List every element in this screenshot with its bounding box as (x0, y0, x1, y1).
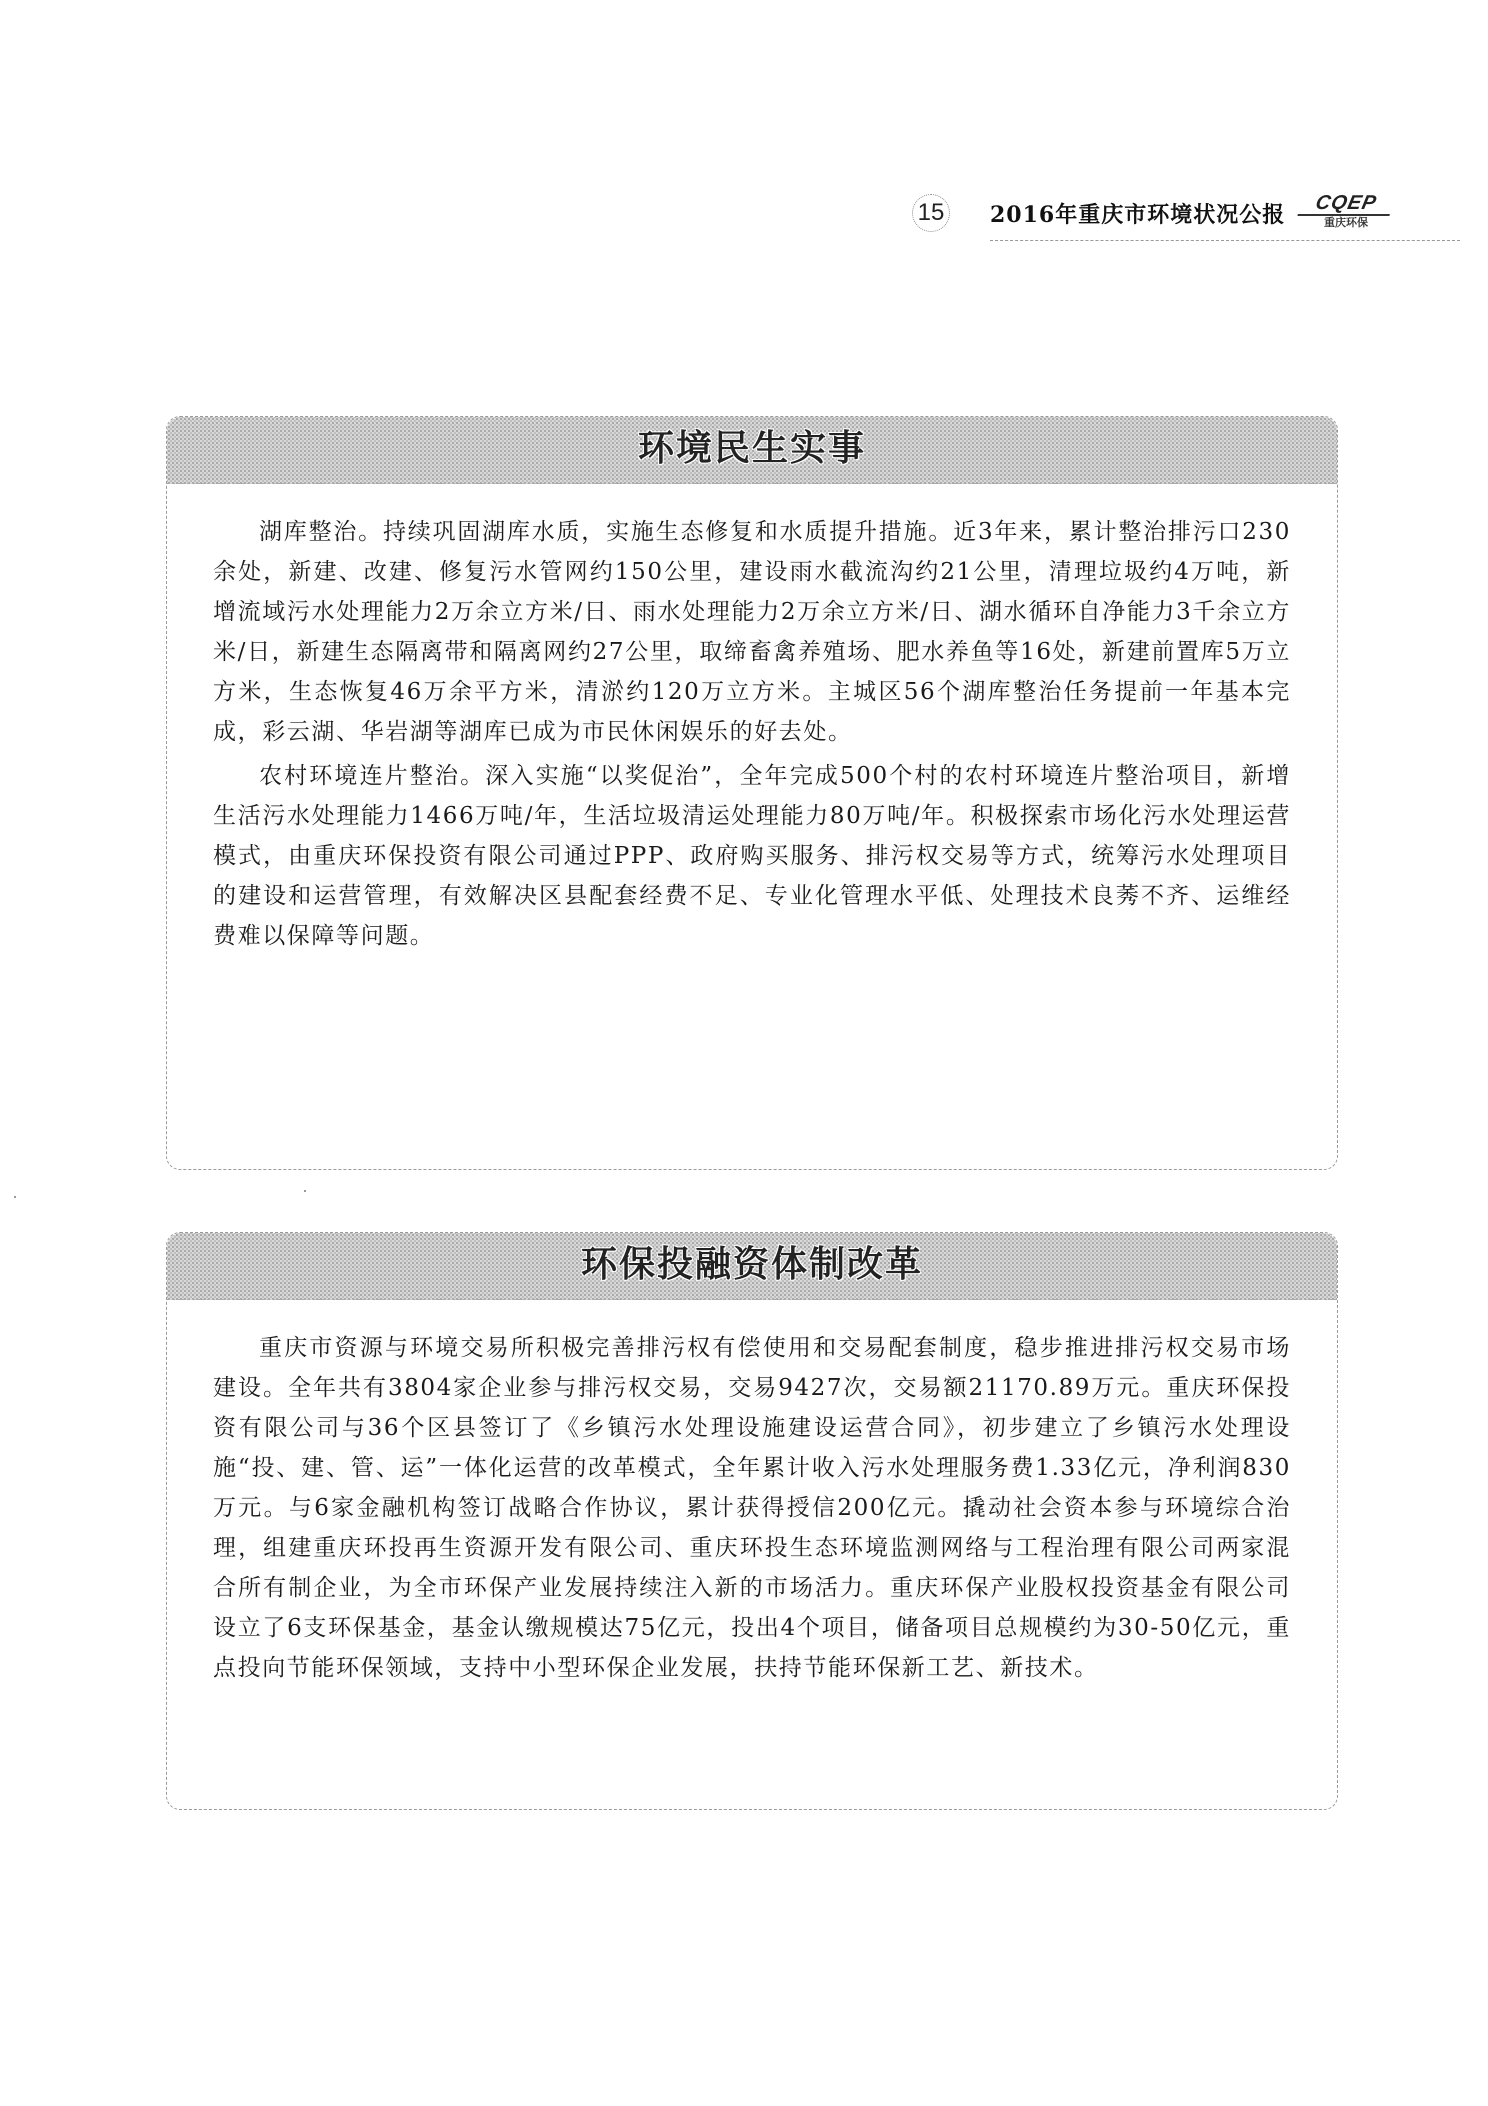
scan-speck (14, 1196, 16, 1198)
section-title: 环境民生实事 (638, 427, 866, 471)
section-banner: 环境民生实事 (167, 417, 1337, 484)
section-body: 湖库整治。持续巩固湖库水质，实施生态修复和水质提升措施。近3年来，累计整治排污口… (167, 484, 1337, 956)
logo-mark-icon: CQEP (1297, 192, 1394, 216)
paragraph-rural-environment: 农村环境连片整治。深入实施“以奖促治”，全年完成500个村的农村环境连片整治项目… (213, 756, 1291, 956)
scan-speck (304, 1190, 306, 1192)
cqep-logo: CQEP 重庆环保 (1300, 192, 1392, 234)
running-header: 15 2016年重庆市环境状况公报 CQEP 重庆环保 (900, 192, 1460, 252)
section-body: 重庆市资源与环境交易所积极完善排污权有偿使用和交易配套制度，稳步推进排污权交易市… (167, 1300, 1337, 1688)
section-livelihood-projects: 环境民生实事 湖库整治。持续巩固湖库水质，实施生态修复和水质提升措施。近3年来，… (166, 416, 1338, 1170)
section-title: 环保投融资体制改革 (581, 1243, 923, 1287)
header-divider (990, 240, 1460, 241)
report-title: 2016年重庆市环境状况公报 (990, 198, 1285, 229)
page-number: 15 (912, 194, 950, 232)
paragraph-emissions-trading: 重庆市资源与环境交易所积极完善排污权有偿使用和交易配套制度，稳步推进排污权交易市… (213, 1328, 1291, 1688)
paragraph-lake-remediation: 湖库整治。持续巩固湖库水质，实施生态修复和水质提升措施。近3年来，累计整治排污口… (213, 512, 1291, 752)
section-investment-reform: 环保投融资体制改革 重庆市资源与环境交易所积极完善排污权有偿使用和交易配套制度，… (166, 1232, 1338, 1810)
logo-text: 重庆环保 (1300, 216, 1392, 230)
section-banner: 环保投融资体制改革 (167, 1233, 1337, 1300)
